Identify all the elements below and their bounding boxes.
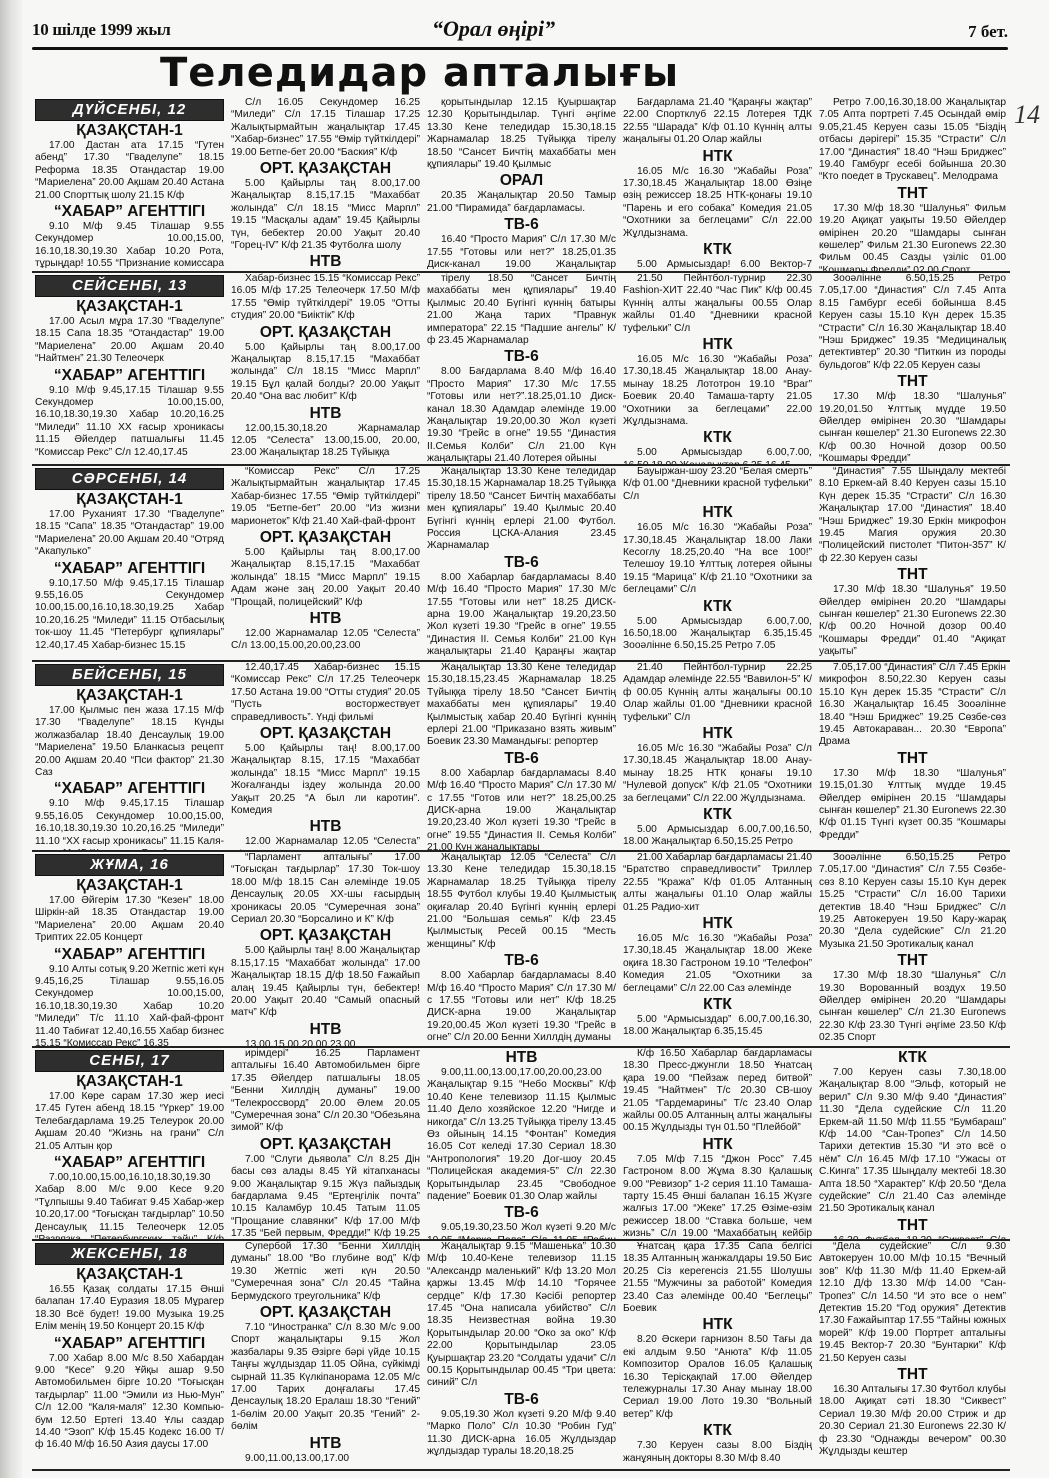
program-listing: Ретро 7.00,16.30,18.00 Жаңалықтар 7.05 А… bbox=[819, 97, 1006, 184]
program-listing: Ұнатсаң қара 17.35 Сапа белгісі 18.35 Ал… bbox=[623, 1241, 812, 1315]
channel-name: ОРТ. ҚАЗАҚСТАН bbox=[231, 160, 420, 177]
program-listing: 17.00 Дастан ата 17.15 “Гутен абенд” 17.… bbox=[35, 140, 224, 202]
schedule-column: Зооәлінне 6.50,15.25 Ретро 7.05,17.00 “Д… bbox=[816, 852, 1010, 1046]
program-listing: 9.10 Алты сотық 9.20 Жетпіс жеті күн 9.4… bbox=[35, 964, 224, 1046]
channel-name: ТНТ bbox=[819, 1217, 1006, 1234]
channel-name: ТНТ bbox=[819, 566, 1006, 583]
program-listing: 16.05 М/с 16.30 “Жабайы Роза” 17.30,18.4… bbox=[623, 522, 812, 596]
program-listing: 5.00 Армысыздар 6.00,7.00,16.50, 18.00 Ж… bbox=[623, 824, 812, 849]
program-listing: қорытындылар 12.15 Қуыршақтар 12.30 Қоры… bbox=[427, 97, 616, 171]
program-listing: 16.05 М/с 16.30 “Жабайы Роза” 17.30,18.4… bbox=[623, 933, 812, 995]
program-listing: Супербой 17.30 “Бенни Хиллдің думаны” 18… bbox=[231, 1241, 420, 1303]
schedule-column: ДҮЙСЕНБІ, 12ҚАЗАҚСТАН-117.00 Дастан ата … bbox=[32, 97, 228, 271]
schedule-column: ЖҰМА, 16ҚАЗАҚСТАН-117.00 Әйгерім 17.30 “… bbox=[32, 852, 228, 1046]
program-listing: 17.00 Қылмыс пен жаза 17.15 М/ф 17.30 “Г… bbox=[35, 705, 224, 779]
channel-name: ТНТ bbox=[819, 750, 1006, 767]
program-listing: 21.50 Пейнтбол-турнир 22.30 Fashion-ХИТ … bbox=[623, 273, 812, 335]
day-band: СЕНБІ, 17ҚАЗАҚСТАН-117.00 Көре сарам 17.… bbox=[32, 1048, 1010, 1241]
channel-name: ҚАЗАҚСТАН-1 bbox=[35, 122, 224, 139]
day-header: СЕНБІ, 17 bbox=[35, 1050, 224, 1072]
program-listing: 9.10 М/ф 9.45,17.15 Тілашар 9.55,16.05 С… bbox=[35, 798, 224, 850]
program-listing: 7.00 Керуен сазы 7.30,18.00 Жаңалықтар 8… bbox=[819, 1067, 1006, 1216]
channel-name: ТНТ bbox=[819, 1366, 1006, 1383]
channel-name: ҚАЗАҚСТАН-1 bbox=[35, 877, 224, 894]
program-listing: 17.00 Асыл мұра 17.30 “Гваделупе” 18.15 … bbox=[35, 316, 224, 366]
schedule-column: ирімдері” 16.25 Парламент апталығы 16.40… bbox=[228, 1048, 424, 1239]
program-listing: 7.30 Керуен сазы 8.00 Біздің жанұяның до… bbox=[623, 1440, 812, 1465]
channel-name: ТВ-6 bbox=[427, 952, 616, 969]
schedule-column: 12.40,17.45 Хабар-бизнес 15.15 “Комиссар… bbox=[228, 662, 424, 850]
program-listing: 16.05 М/с 16.30 “Жабайы Роза” С/л 17.30,… bbox=[623, 743, 812, 805]
program-listing: Жаңалықтар 13.30 Кене теледидар 15.30,18… bbox=[427, 662, 616, 749]
channel-name: НТВ bbox=[231, 818, 420, 835]
program-listing: 7.10 “Иностранка” С/л 8.30 М/с 9.00 Спор… bbox=[231, 1322, 420, 1434]
day-header: СӘРСЕНБІ, 14 bbox=[35, 468, 224, 490]
program-listing: 8.00 Бағдарлама 8.40 М/ф 16.40 “Просто М… bbox=[427, 366, 616, 464]
schedule-column: “Парламент апталығы” 17.00 “Тоғысқан тағ… bbox=[228, 852, 424, 1046]
channel-name: КТК bbox=[819, 1049, 1006, 1066]
program-listing: 5.00 Армысыздар! 6.00 Вектор-7 6.20,16.4… bbox=[623, 259, 812, 271]
schedule-column: ЖЕКСЕНБІ, 18ҚАЗАҚСТАН-116.55 Қазақ солда… bbox=[32, 1241, 228, 1469]
day-header: ЖЕКСЕНБІ, 18 bbox=[35, 1243, 224, 1265]
schedule-column: “Дела судейские” С/л 9.30 Автокеруен 10.… bbox=[816, 1241, 1010, 1469]
program-listing: 5.00 Қайырлы таң! 8.00 Жаңалықтар 8.15,1… bbox=[231, 945, 420, 1019]
program-listing: “Дела судейские” С/л 9.30 Автокеруен 10.… bbox=[819, 1241, 1006, 1365]
program-listing: 7.05 М/ф 7.15 “Джон Росс” 7.45 Гастроном… bbox=[623, 1154, 812, 1239]
program-listing: 17.00 Руханият 17.30 “Гваделупе” 18.15 “… bbox=[35, 509, 224, 559]
program-listing: 8.00 Хабарлар бағдарламасы 8.40 М/ф 16.4… bbox=[427, 970, 616, 1044]
issue-date: 10 шілде 1999 жыл bbox=[32, 20, 171, 40]
program-listing: Зооәлінне 6.50,15.25 Ретро 7.05,17.00 “Д… bbox=[819, 852, 1006, 951]
program-listing: 16.30 Футбол 18.30 “Сиквест” С/л 19.30 М… bbox=[819, 1235, 1006, 1239]
channel-name: “ХАБАР” АГЕНТТІГІ bbox=[35, 1154, 224, 1171]
channel-name: ТВ-6 bbox=[427, 348, 616, 365]
program-listing: 16.55 Қазақ солдаты 17.15 Әнші балапан 1… bbox=[35, 1284, 224, 1334]
program-listing: 9.00,11.00,13.00,17.00 bbox=[231, 1453, 420, 1465]
program-listing: 17.30 М/ф 18.30 “Шалунья” С/л 19.30 Воро… bbox=[819, 970, 1006, 1044]
scan-edge-shadow bbox=[0, 0, 22, 1478]
channel-name: ТВ-6 bbox=[427, 1204, 616, 1221]
schedule-column: С/л 16.05 Секундомер 16.25 “Миледи” С/л … bbox=[228, 97, 424, 271]
schedule-column: 21.50 Пейнтбол-турнир 22.30 Fashion-ХИТ … bbox=[620, 273, 816, 464]
schedule-column: қорытындылар 12.15 Қуыршақтар 12.30 Қоры… bbox=[424, 97, 620, 271]
channel-name: КТК bbox=[623, 1422, 812, 1439]
channel-name: КТК bbox=[623, 241, 812, 258]
channel-name: НТВ bbox=[231, 1021, 420, 1038]
program-listing: 9.05,19.30,23.50 Жол күзеті 9.20 М/с 10.… bbox=[427, 1222, 616, 1239]
program-listing: “Комиссар Рекс” С/л 17.25 Жалықтырмайтын… bbox=[231, 466, 420, 528]
channel-name: “ХАБАР” АГЕНТТІГІ bbox=[35, 1335, 224, 1352]
schedule-column: Жаңалықтар 9.15 “Машенька” 10.30 М/ф 10.… bbox=[424, 1241, 620, 1469]
channel-name: КТК bbox=[623, 996, 812, 1013]
program-listing: 17.30 М/ф 18.30 “Шалунья” Фильм 19.20 Ақ… bbox=[819, 203, 1006, 271]
channel-name: ТВ-6 bbox=[427, 1391, 616, 1408]
page-headline: Теледидар апталығы bbox=[160, 50, 920, 96]
program-listing: 9.00,11.00,13.00,17.00,20.00,23.00 Жаңал… bbox=[427, 1067, 616, 1203]
schedule-column: НТВ9.00,11.00,13.00,17.00,20.00,23.00 Жа… bbox=[424, 1048, 620, 1239]
program-listing: 9.10 М/ф 9.45,17.15 Тілашар 9.55 Секундо… bbox=[35, 385, 224, 459]
program-listing: 17.30 М/ф 18.30 “Шалунья” 19.20,01.50 Ұл… bbox=[819, 391, 1006, 464]
program-listing: 17.00 Көре сарам 17.30 жер иесі 17.45 Гу… bbox=[35, 1091, 224, 1153]
program-listing: Жаңалықтар 13.30 Кене теледидар 15.30,18… bbox=[427, 466, 616, 553]
channel-name: ОРТ. ҚАЗАҚСТАН bbox=[231, 324, 420, 341]
schedule-column: СЕНБІ, 17ҚАЗАҚСТАН-117.00 Көре сарам 17.… bbox=[32, 1048, 228, 1239]
program-listing: 12.00,15.30,18.20 Жарнамалар 12.05 “Селе… bbox=[231, 423, 420, 460]
channel-name: ТВ-6 bbox=[427, 554, 616, 571]
program-listing: 5.00 Армысыздар 6.00,7.00, 16.50,18.00 Ж… bbox=[623, 616, 812, 653]
program-listing: ирімдері” 16.25 Парламент апталығы 16.40… bbox=[231, 1048, 420, 1135]
channel-name: ҚАЗАҚСТАН-1 bbox=[35, 298, 224, 315]
schedule-column: Супербой 17.30 “Бенни Хиллдің думаны” 18… bbox=[228, 1241, 424, 1469]
channel-name: ТНТ bbox=[819, 952, 1006, 969]
channel-name: ТВ-6 bbox=[427, 750, 616, 767]
program-listing: 12.40,17.45 Хабар-бизнес 15.15 “Комиссар… bbox=[231, 662, 420, 724]
program-listing: 5.00 “Армысыздар” 6.00,7.00,16.30, 18.00… bbox=[623, 1014, 812, 1039]
program-listing: 12.00 Жарнамалар 12.05 “Селеста” С/л 13.… bbox=[231, 836, 420, 850]
day-band: БЕЙСЕНБІ, 15ҚАЗАҚСТАН-117.00 Қылмыс пен … bbox=[32, 662, 1010, 852]
schedule-column: 21.00 Хабарлар бағдарламасы 21.40 “Братс… bbox=[620, 852, 816, 1046]
tv-schedule-grid: ДҮЙСЕНБІ, 12ҚАЗАҚСТАН-117.00 Дастан ата … bbox=[32, 97, 1010, 1471]
channel-name: ОРТ. ҚАЗАҚСТАН bbox=[231, 927, 420, 944]
program-listing: 21.00 Хабарлар бағдарламасы 21.40 “Братс… bbox=[623, 852, 812, 914]
program-listing: 9.05,19.30 Жол күзеті 9.20 М/ф 9.40 “Мар… bbox=[427, 1409, 616, 1459]
channel-name: ОРАЛ bbox=[427, 172, 616, 189]
schedule-column: 21.40 Пейнтбол-турнир 22.25 Адамдар әлем… bbox=[620, 662, 816, 850]
channel-name: НТВ bbox=[231, 405, 420, 422]
schedule-column: СЕЙСЕНБІ, 13ҚАЗАҚСТАН-117.00 Асыл мұра 1… bbox=[32, 273, 228, 464]
schedule-column: Ұнатсаң қара 17.35 Сапа белгісі 18.35 Ал… bbox=[620, 1241, 816, 1469]
channel-name: НТК bbox=[623, 336, 812, 353]
program-listing: 7.00 “Слуги дьявола” С/л 8.25 Дін басы с… bbox=[231, 1154, 420, 1239]
channel-name: КТК bbox=[623, 429, 812, 446]
channel-name: ҚАЗАҚСТАН-1 bbox=[35, 1073, 224, 1090]
channel-name: ТНТ bbox=[819, 185, 1006, 202]
program-listing: Бауыржан-шоу 23.20 “Белая смерть” К/ф 01… bbox=[623, 466, 812, 503]
program-listing: Жаңалықтар 9.15 “Машенька” 10.30 М/ф 10.… bbox=[427, 1241, 616, 1390]
program-listing: 16.40 “Просто Мария” С/л 17.30 М/с 17.55… bbox=[427, 234, 616, 271]
newspaper-page: 10 шілде 1999 жыл “Орал өңірі” 7 бет. Те… bbox=[0, 0, 1049, 1478]
program-listing: 5.00 Қайырлы таң 8.00,17.00 Жаңалықтар 8… bbox=[231, 547, 420, 609]
program-listing: 20.35 Жаңалықтар 20.50 Тамыр 21.00 “Пира… bbox=[427, 190, 616, 215]
program-listing: 9.10,17.50 М/ф 9.45,17.15 Тілашар 9.55,1… bbox=[35, 578, 224, 652]
day-header: ДҮЙСЕНБІ, 12 bbox=[35, 99, 224, 121]
program-listing: “Парламент апталығы” 17.00 “Тоғысқан тағ… bbox=[231, 852, 420, 926]
program-listing: 5.00 Қайырлы таң 8.00,17.00 Жаңалықтар 8… bbox=[231, 178, 420, 252]
channel-name: ҚАЗАҚСТАН-1 bbox=[35, 1266, 224, 1283]
program-listing: 7.00 Хабар 8.00 М/с 8.50 Хабардан 9.00 “… bbox=[35, 1353, 224, 1452]
channel-name: “ХАБАР” АГЕНТТІГІ bbox=[35, 946, 224, 963]
channel-name: НТВ bbox=[427, 1049, 616, 1066]
program-listing: К/ф 16.50 Хабарлар бағдарламасы 18.30 Пр… bbox=[623, 1048, 812, 1135]
program-listing: 17.00 Әйгерім 17.30 “Кезен” 18.00 Шіркін… bbox=[35, 895, 224, 945]
day-band: СӘРСЕНБІ, 14ҚАЗАҚСТАН-117.00 Руханият 17… bbox=[32, 466, 1010, 662]
schedule-column: СӘРСЕНБІ, 14ҚАЗАҚСТАН-117.00 Руханият 17… bbox=[32, 466, 228, 660]
program-listing: 8.20 Әскери гарнизон 8.50 Тағы да екі ал… bbox=[623, 1334, 812, 1421]
schedule-column: КТК7.00 Керуен сазы 7.30,18.00 Жаңалықта… bbox=[816, 1048, 1010, 1239]
program-listing: тірелу 18.50 “Сансет Бичтің махаббаты ме… bbox=[427, 273, 616, 347]
channel-name: НТВ bbox=[231, 253, 420, 270]
day-header: БЕЙСЕНБІ, 15 bbox=[35, 664, 224, 686]
channel-name: НТК bbox=[623, 725, 812, 742]
schedule-column: Жаңалықтар 12.05 “Селеста” С/л 13.30 Кен… bbox=[424, 852, 620, 1046]
channel-name: НТК bbox=[623, 148, 812, 165]
channel-name: НТК bbox=[623, 1316, 812, 1333]
program-listing: 7.00,10.00,15.00,16.10,18.30,19.30 Хабар… bbox=[35, 1172, 224, 1239]
program-listing: 16.05 М/с 16.30 “Жабайы Роза” 17.30,18.4… bbox=[623, 166, 812, 240]
program-listing: 9.10 М/ф 9.45 Тілашар 9.55 Секундомер 10… bbox=[35, 221, 224, 271]
program-listing: 7.05,17.00 “Династия” С/л 7.45 Еркін мик… bbox=[819, 662, 1006, 749]
program-listing: Бағдарлама 21.40 “Қараңғы жақтар” 22.00 … bbox=[623, 97, 812, 147]
channel-name: “ХАБАР” АГЕНТТІГІ bbox=[35, 203, 224, 220]
channel-name: ОРТ. ҚАЗАҚСТАН bbox=[231, 1136, 420, 1153]
schedule-column: Хабар-бизнес 15.15 “Комиссар Рекс” 16.05… bbox=[228, 273, 424, 464]
newspaper-title: “Орал өңірі” bbox=[432, 16, 555, 42]
program-listing: 17.30 М/ф 18.30 “Шалунья” 19.50 Әйелдер … bbox=[819, 584, 1006, 658]
program-listing: 8.00 Хабарлар бағдарламасы 8.40 М/ф 16.4… bbox=[427, 768, 616, 850]
program-listing: 16.30 Апталығы 17.30 Футбол клубы 18.00 … bbox=[819, 1384, 1006, 1458]
channel-name: НТК bbox=[623, 915, 812, 932]
day-band: ДҮЙСЕНБІ, 12ҚАЗАҚСТАН-117.00 Дастан ата … bbox=[32, 97, 1010, 273]
day-band: ЖҰМА, 16ҚАЗАҚСТАН-117.00 Әйгерім 17.30 “… bbox=[32, 852, 1010, 1048]
channel-name: ТНТ bbox=[819, 373, 1006, 390]
schedule-column: “Комиссар Рекс” С/л 17.25 Жалықтырмайтын… bbox=[228, 466, 424, 660]
day-band: СЕЙСЕНБІ, 13ҚАЗАҚСТАН-117.00 Асыл мұра 1… bbox=[32, 273, 1010, 466]
channel-name: ҚАЗАҚСТАН-1 bbox=[35, 491, 224, 508]
program-listing: 13.00,15.00,20.00,23.00 bbox=[231, 1039, 420, 1046]
channel-name: КТК bbox=[623, 806, 812, 823]
channel-name: “ХАБАР” АГЕНТТІГІ bbox=[35, 560, 224, 577]
program-listing: Зооәлінне 6.50,15.25 Ретро 7.05,17.00 “Д… bbox=[819, 273, 1006, 372]
day-header: ЖҰМА, 16 bbox=[35, 854, 224, 876]
program-listing: Хабар-бизнес 15.15 “Комиссар Рекс” 16.05… bbox=[231, 273, 420, 323]
program-listing: 8.00 Хабарлар бағдарламасы 8.40 М/ф 16.4… bbox=[427, 572, 616, 660]
masthead: 10 шілде 1999 жыл “Орал өңірі” 7 бет. bbox=[32, 14, 1008, 46]
channel-name: ТВ-6 bbox=[427, 216, 616, 233]
program-listing: “Династия” 7.55 Шыңдалу мектебі 8.10 Ерк… bbox=[819, 466, 1006, 565]
channel-name: НТК bbox=[623, 504, 812, 521]
schedule-column: Бағдарлама 21.40 “Қараңғы жақтар” 22.00 … bbox=[620, 97, 816, 271]
schedule-column: БЕЙСЕНБІ, 15ҚАЗАҚСТАН-117.00 Қылмыс пен … bbox=[32, 662, 228, 850]
schedule-column: тірелу 18.50 “Сансет Бичтің махаббаты ме… bbox=[424, 273, 620, 464]
channel-name: НТВ bbox=[231, 1435, 420, 1452]
channel-name: НТВ bbox=[231, 610, 420, 627]
schedule-column: К/ф 16.50 Хабарлар бағдарламасы 18.30 Пр… bbox=[620, 1048, 816, 1239]
channel-name: “ХАБАР” АГЕНТТІГІ bbox=[35, 367, 224, 384]
day-header: СЕЙСЕНБІ, 13 bbox=[35, 275, 224, 297]
channel-name: ОРТ. ҚАЗАҚСТАН bbox=[231, 725, 420, 742]
program-listing: С/л 16.05 Секундомер 16.25 “Миледи” С/л … bbox=[231, 97, 420, 159]
program-listing: 5.00 Армысыздар 6.00,7.00, 16.50,18.00 Ж… bbox=[623, 447, 812, 464]
schedule-column: Зооәлінне 6.50,15.25 Ретро 7.05,17.00 “Д… bbox=[816, 273, 1010, 464]
schedule-column: “Династия” 7.55 Шыңдалу мектебі 8.10 Ерк… bbox=[816, 466, 1010, 660]
day-band: ЖЕКСЕНБІ, 18ҚАЗАҚСТАН-116.55 Қазақ солда… bbox=[32, 1241, 1010, 1471]
channel-name: КТК bbox=[623, 598, 812, 615]
channel-name: НТК bbox=[623, 1136, 812, 1153]
program-listing: 17.30 М/ф 18.30 “Шалунья” 19.15,01.30 Ұл… bbox=[819, 768, 1006, 842]
handwritten-margin-note: 14 bbox=[1014, 100, 1040, 130]
channel-name: ҚАЗАҚСТАН-1 bbox=[35, 687, 224, 704]
schedule-column: Ретро 7.00,16.30,18.00 Жаңалықтар 7.05 А… bbox=[816, 97, 1010, 271]
channel-name: “ХАБАР” АГЕНТТІГІ bbox=[35, 780, 224, 797]
program-listing: 5.00 Қайырлы таң! 8.00,17.00 Жаңалықтар … bbox=[231, 743, 420, 817]
schedule-column: 7.05,17.00 “Династия” С/л 7.45 Еркін мик… bbox=[816, 662, 1010, 850]
schedule-column: Бауыржан-шоу 23.20 “Белая смерть” К/ф 01… bbox=[620, 466, 816, 660]
program-listing: 16.05 М/с 16.30 “Жабайы Роза” 17.30,18.4… bbox=[623, 354, 812, 428]
program-listing: 12.00 Жарнамалар 12.05 “Селеста” С/л 13.… bbox=[231, 628, 420, 653]
program-listing: 21.40 Пейнтбол-турнир 22.25 Адамдар әлем… bbox=[623, 662, 812, 724]
program-listing: 5.00 Қайырлы таң 8.00,17.00 Жаңалықтар 8… bbox=[231, 342, 420, 404]
channel-name: ОРТ. ҚАЗАҚСТАН bbox=[231, 529, 420, 546]
schedule-column: Жаңалықтар 13.30 Кене теледидар 15.30,18… bbox=[424, 662, 620, 850]
channel-name: ОРТ. ҚАЗАҚСТАН bbox=[231, 1304, 420, 1321]
program-listing: Жаңалықтар 12.05 “Селеста” С/л 13.30 Кен… bbox=[427, 852, 616, 951]
page-number: 7 бет. bbox=[968, 22, 1008, 42]
schedule-column: Жаңалықтар 13.30 Кене теледидар 15.30,18… bbox=[424, 466, 620, 660]
